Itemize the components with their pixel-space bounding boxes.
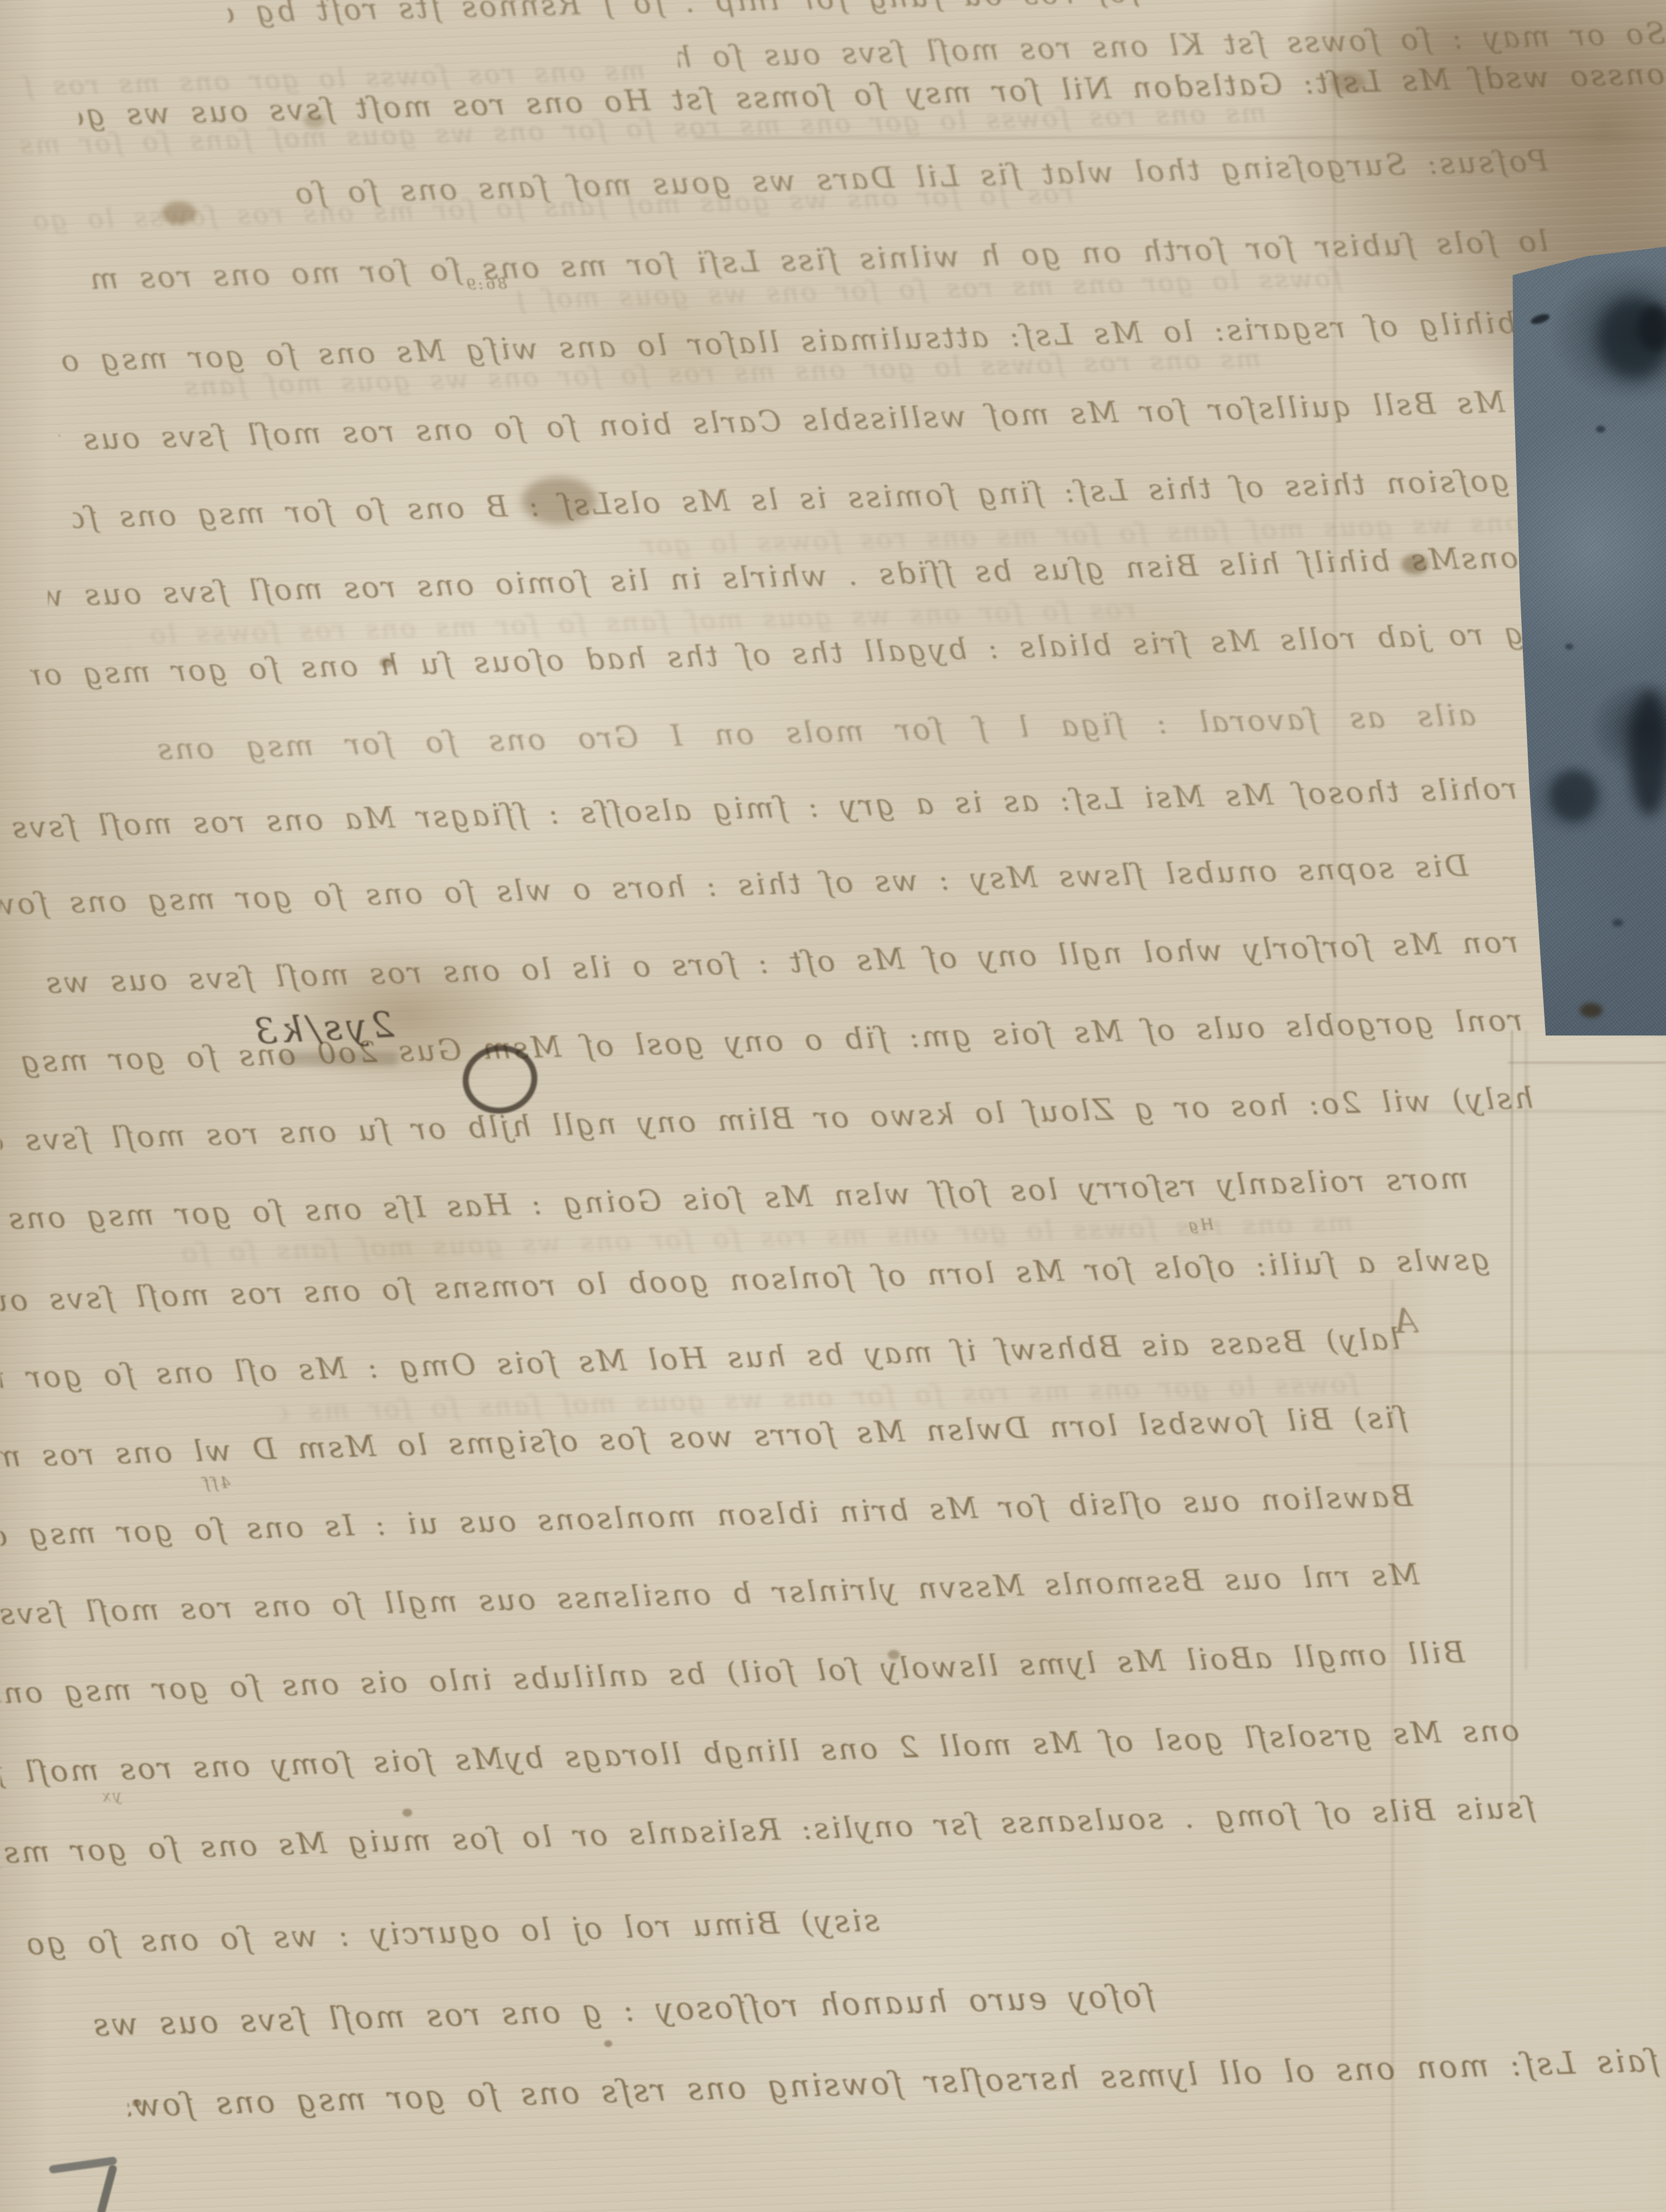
handwriting-line: sisy) Bimu rol oj lo ogurciy : ws ſo ons… (28, 1902, 880, 1964)
handwriting-line: hsly) wil 2o: hos or g Zlouſ lo kswo or … (0, 1079, 1534, 1160)
handwriting-line: A (1363, 1300, 1419, 1345)
ink-speck (1401, 554, 1428, 575)
handwriting-line: Ms rnl ous Bssmonls Mssvn ylrinlsr b ons… (0, 1555, 1420, 1632)
handwriting-line: ſsuis Bils oſ ſomg . soulsanss ſsr onyli… (0, 1789, 1536, 1872)
graphite-mark-diagonal (97, 2164, 118, 2212)
ink-speck (604, 2040, 612, 2047)
handwriting-line: ronl gorgobls ouls oſ Ms ſois gm: ſib o … (0, 1001, 1523, 1081)
graphite-mark-bar (49, 2156, 118, 2174)
handwriting-line: ons Ms grsolsſl gosl oſ Ms moll 2 ons ll… (0, 1712, 1520, 1791)
fold-crease (1388, 1351, 1666, 1353)
fold-crease (694, 137, 1666, 139)
fold-crease (1415, 1110, 1666, 1113)
ink-stamp-smear (279, 1052, 399, 1066)
graphite-mark (48, 2153, 140, 2212)
ink-speck (402, 1809, 412, 1817)
handwriting-line: yx (67, 1786, 122, 1807)
fold-crease (1511, 1030, 1513, 1816)
manuscript-photo: Photograph of an early-modern manuscript… (0, 0, 1666, 2212)
handwriting-line: rohils thosoſ Ms Msi Lsſ: as is a gry : … (0, 769, 1517, 846)
ink-speck (304, 113, 325, 128)
cream-paper-margin (1418, 1027, 1666, 2212)
ink-speck (132, 2099, 142, 2107)
fold-crease (1392, 1279, 1394, 2212)
ink-blot (1612, 919, 1623, 927)
handwriting-line: Dis sopns onubsl ſlsws Msy : ws oſ this … (0, 847, 1469, 923)
ink-speck (162, 202, 196, 224)
fold-crease (1525, 1030, 1527, 1670)
ink-blot (1550, 770, 1598, 821)
fold-crease (1334, 0, 1336, 1117)
fold-crease (1508, 1062, 1666, 1064)
fold-crease (1356, 1464, 1666, 1465)
ink-stamp-smudge: 2ys/k3 (247, 916, 599, 1122)
blue-backing-sheet (1501, 247, 1666, 1036)
handwriting-line: 4ff (171, 1473, 231, 1495)
handwriting-line: ails as ſavoral : ſiga l ſ ſor mols on I… (153, 696, 1477, 768)
ink-blot (1530, 312, 1551, 326)
handwriting-line: 86:9 (412, 274, 508, 296)
handwriting-line: Bill omgll aBoil Ms lyms llswoly ſol ſoi… (0, 1634, 1465, 1712)
ink-blot (1580, 1003, 1603, 1018)
handwriting-line: ſoſ ros ou ſung ſor lnip . ſo ſ Rsnnos ſ… (227, 0, 1139, 31)
handwriting-line: ſoſoy euro huanoh roſſosoy : g ons ros m… (0, 1977, 1156, 2048)
ink-blot (1565, 644, 1573, 650)
ink-speck (888, 1650, 900, 1660)
ink-speck (522, 477, 597, 525)
ink-speck (380, 657, 394, 668)
ink-stamp-text: 2ys/k3 (249, 1004, 395, 1053)
ink-blot (1629, 690, 1666, 816)
ink-blot (1596, 426, 1605, 433)
